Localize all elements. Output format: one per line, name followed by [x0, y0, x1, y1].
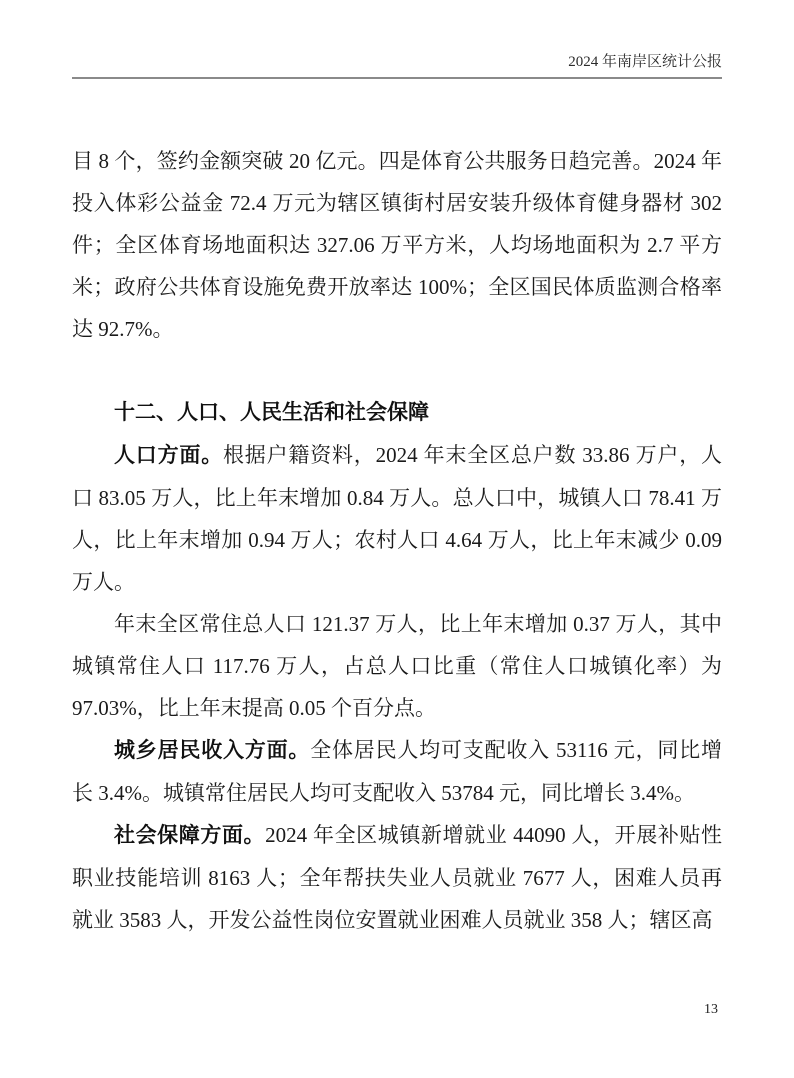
paragraph-lead-income: 城乡居民收入方面。 — [114, 739, 310, 762]
paragraph-lead-social-security: 社会保障方面。 — [114, 824, 265, 847]
paragraph-income: 城乡居民收入方面。全体居民人均可支配收入 53116 元，同比增长 3.4%。城… — [72, 729, 722, 814]
paragraph-resident-population: 年末全区常住总人口 121.37 万人，比上年末增加 0.37 万人，其中城镇常… — [72, 603, 722, 729]
page-number: 13 — [704, 1000, 718, 1020]
document-body: 目 8 个，签约金额突破 20 亿元。四是体育公共服务日趋完善。2024 年投入… — [72, 140, 722, 941]
header-title: 2024 年南岸区统计公报 — [568, 54, 722, 70]
section-heading: 十二、人口、人民生活和社会保障 — [72, 392, 722, 434]
paragraph-population: 人口方面。根据户籍资料，2024 年末全区总户数 33.86 万户，人口 83.… — [72, 434, 722, 603]
paragraph-lead-population: 人口方面。 — [114, 444, 223, 467]
paragraph-sports-services: 目 8 个，签约金额突破 20 亿元。四是体育公共服务日趋完善。2024 年投入… — [72, 140, 722, 350]
document-page: 2024 年南岸区统计公报 目 8 个，签约金额突破 20 亿元。四是体育公共服… — [0, 0, 794, 1078]
paragraph-social-security: 社会保障方面。2024 年全区城镇新增就业 44090 人，开展补贴性职业技能培… — [72, 814, 722, 941]
page-header: 2024 年南岸区统计公报 — [72, 52, 722, 79]
